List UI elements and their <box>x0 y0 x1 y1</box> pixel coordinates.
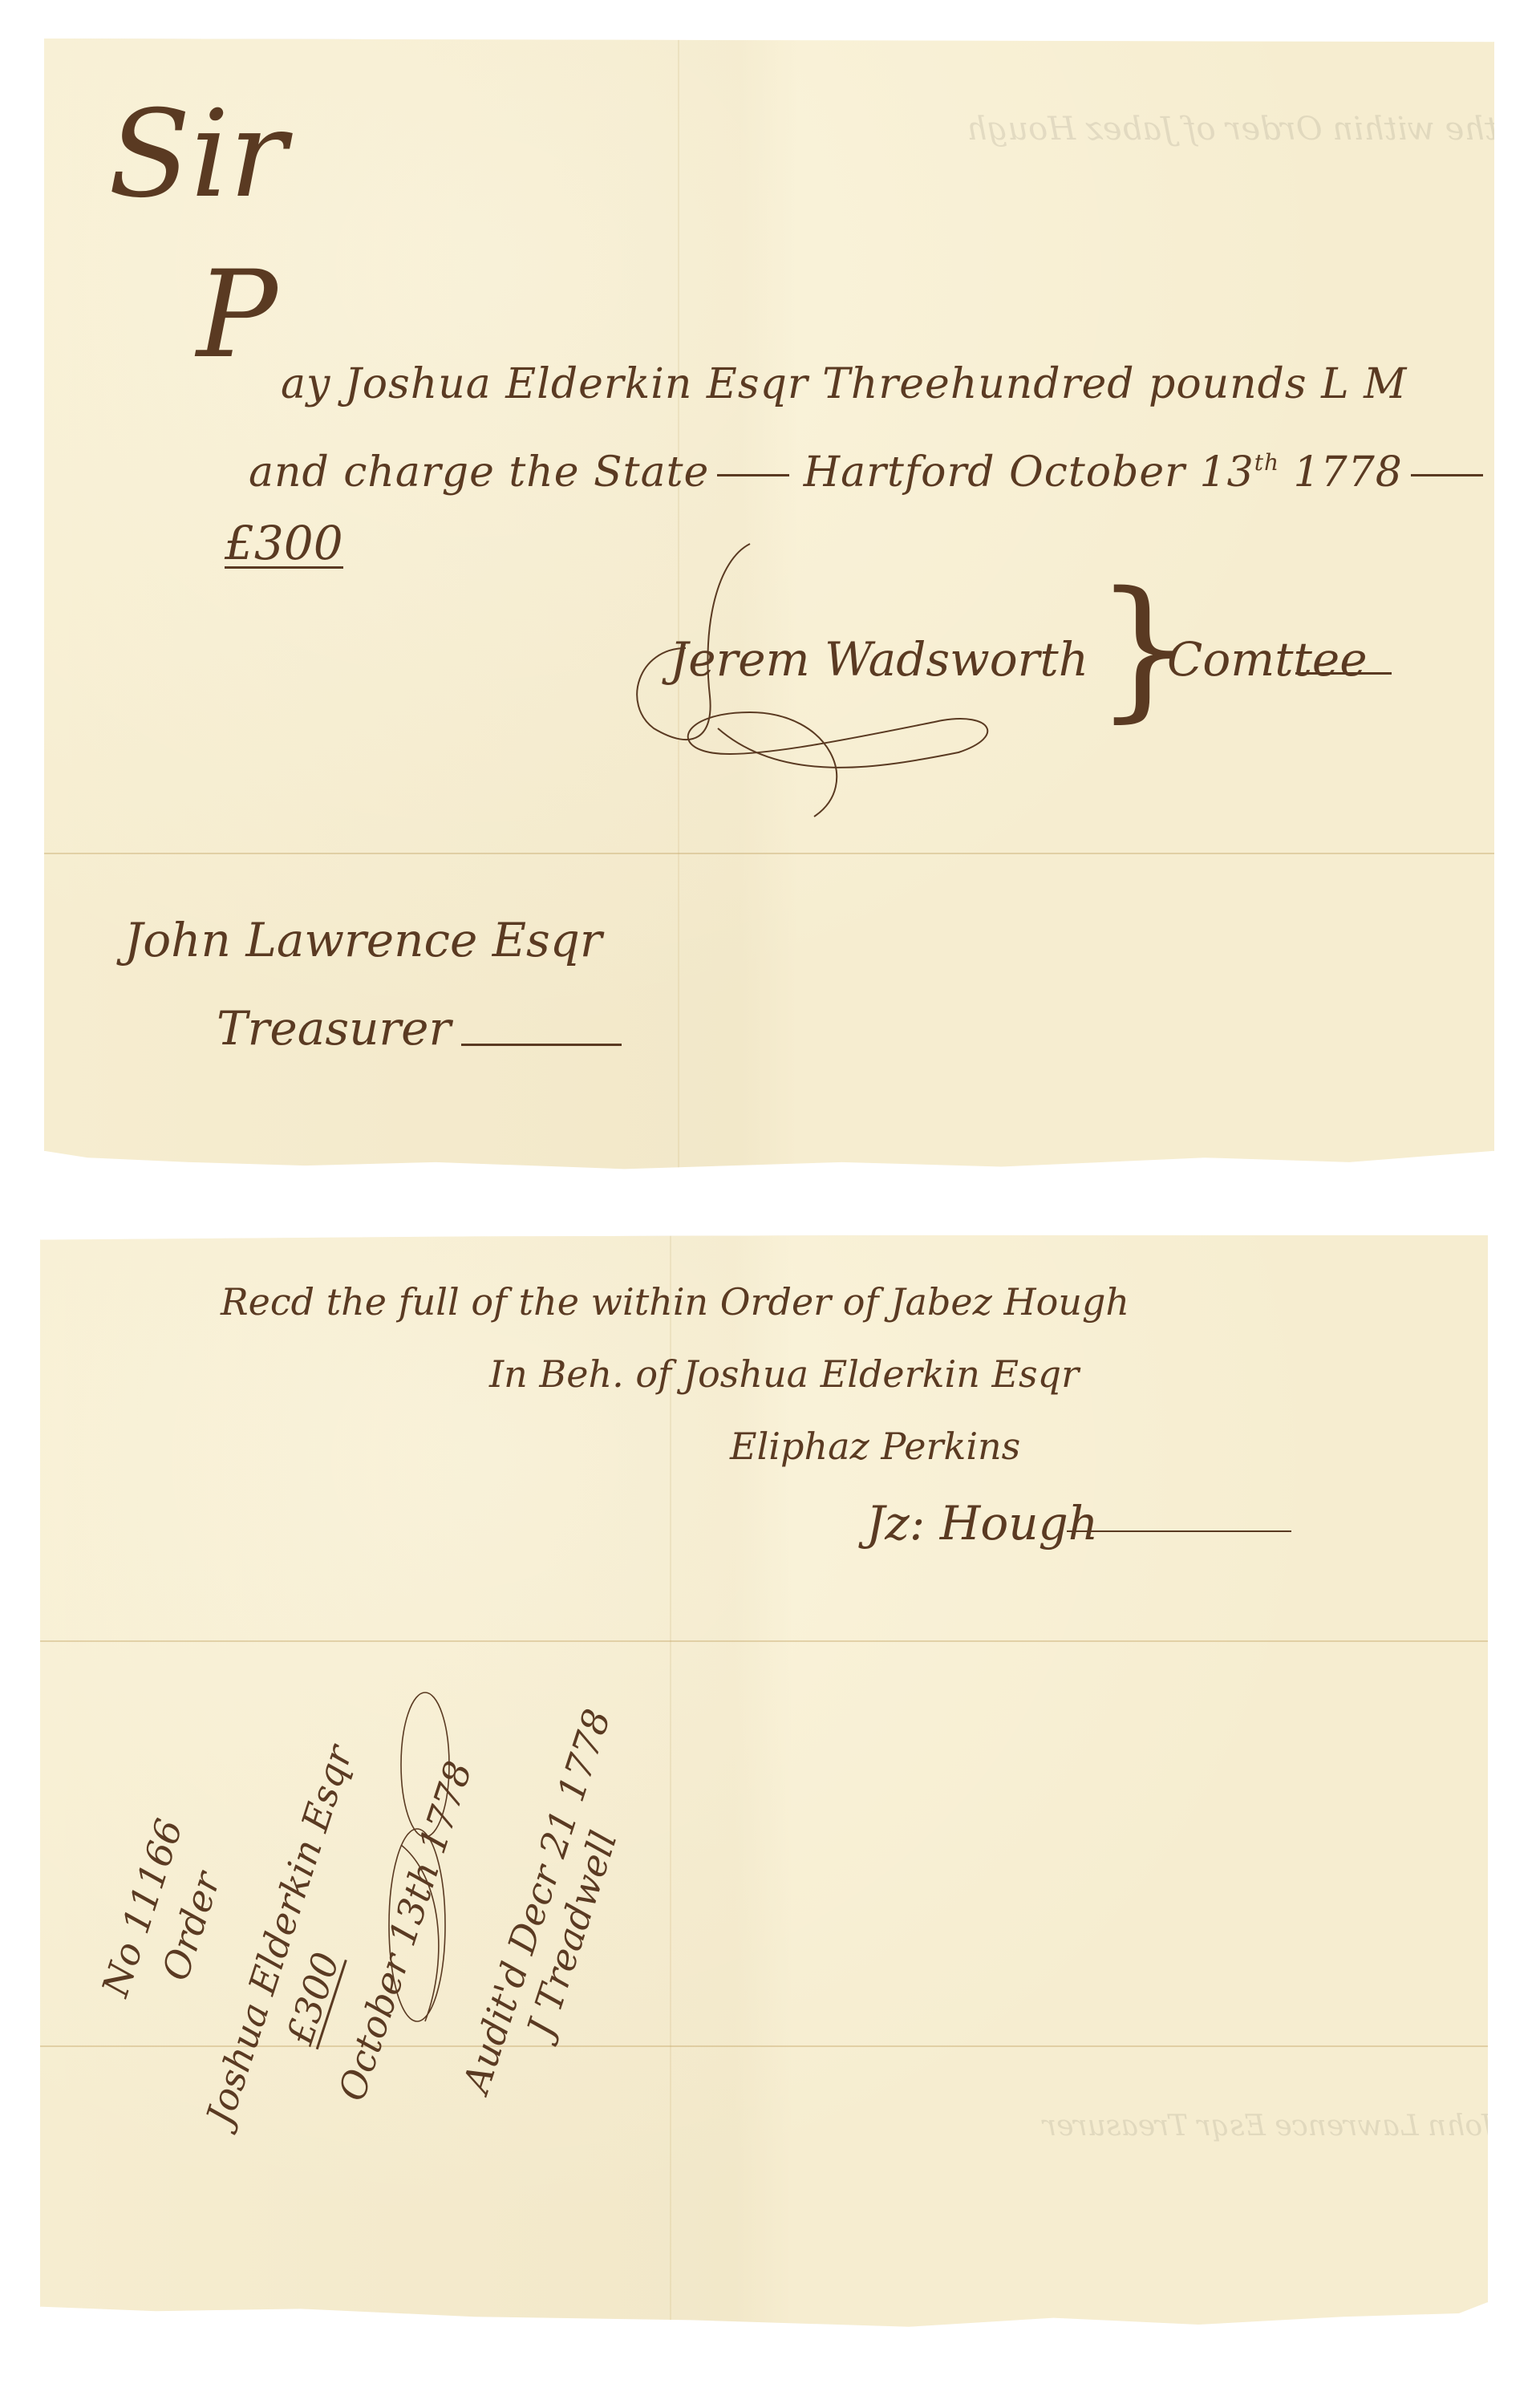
witness-name: Eliphaz Perkins <box>730 1428 1020 1465</box>
addressee-rule <box>461 1044 622 1046</box>
year: 1778 <box>1294 448 1403 497</box>
date-superscript: th <box>1254 449 1279 476</box>
signature-rule <box>1067 1530 1291 1532</box>
addressee-title: Treasurer <box>217 1005 451 1052</box>
fold-line <box>40 1640 1488 1642</box>
place-date: Hartford October 13 <box>804 448 1254 497</box>
order-back-sheet: John Lawrence Esqr Treasurer Recd the fu… <box>40 1235 1488 2358</box>
committee-signature: Jerem Wadsworth <box>670 636 1088 683</box>
receipt-line-2: In Beh. of Joshua Elderkin Esqr <box>489 1356 1079 1393</box>
fold-line-vertical <box>670 1235 671 2358</box>
bleed-through-text: John Lawrence Esqr Treasurer <box>1043 2110 1494 2142</box>
fold-line <box>44 853 1494 854</box>
committee-rule <box>1295 672 1392 675</box>
initial-letter-p: P <box>197 255 278 375</box>
dash-rule <box>1411 474 1483 476</box>
bleed-through-text: Recd the full of the within Order of Jab… <box>967 111 1540 148</box>
dash-rule <box>717 474 789 476</box>
salutation: Sir <box>108 95 286 215</box>
docket-flourish-icon <box>377 1684 473 2037</box>
order-front-sheet: Recd the full of the within Order of Jab… <box>44 39 1494 1174</box>
order-line-1: ay Joshua Elderkin Esqr Threehundred pou… <box>281 363 1407 405</box>
receipt-line-1: Recd the full of the within Order of Jab… <box>221 1283 1129 1320</box>
addressee-name: John Lawrence Esqr <box>124 917 602 963</box>
order-line-2: and charge the State Hartford October 13… <box>249 452 1483 493</box>
receipt-signature: Jz: Hough <box>866 1500 1098 1547</box>
committee-label: Comttee <box>1167 636 1368 683</box>
amount: £300 <box>225 520 343 569</box>
docket-payee: Joshua Elderkin Esqr <box>201 1741 358 2130</box>
charge-the-state: and charge the State <box>249 448 709 497</box>
